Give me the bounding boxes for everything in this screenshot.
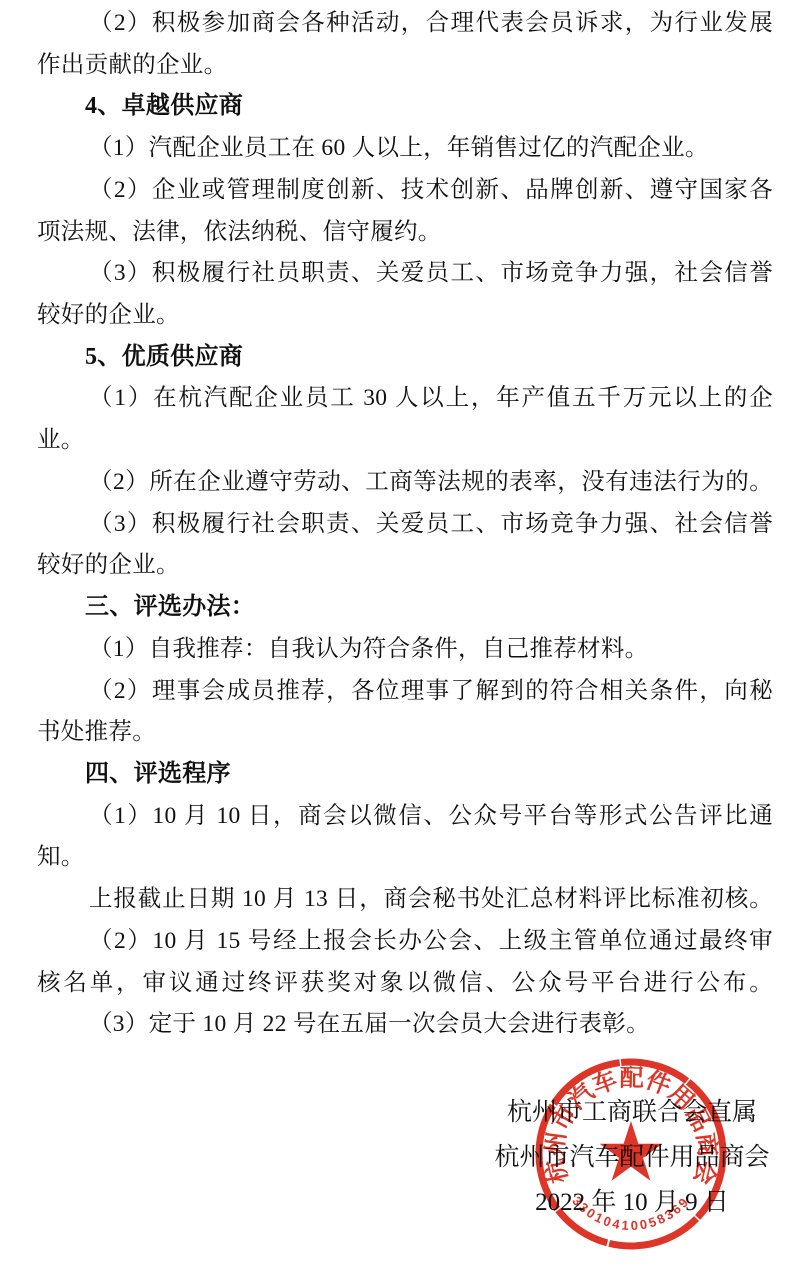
doc-line: （1）汽配企业员工在 60 人以上，年销售过亿的汽配企业。 [37,128,773,170]
seal-serial-number: 33010410058369 [569,1193,693,1233]
red-star-icon [600,1121,663,1181]
section-heading-4: 4、卓越供应商 [37,86,773,128]
doc-line: （2）10 月 15 号经上报会长办公会、上级主管单位通过最终审 [37,921,773,963]
doc-line: 书处推荐。 [37,712,773,754]
doc-line: 知。 [37,837,773,879]
doc-line: （1）自我推荐：自我认为符合条件，自己推荐材料。 [37,629,773,671]
doc-line: 核名单，审议通过终评获奖对象以微信、公众号平台进行公布。 [37,963,773,1005]
official-seal: 杭州市汽车配件用品商会 33010410058369 [531,1054,731,1254]
seal-graphic: 杭州市汽车配件用品商会 33010410058369 [531,1054,731,1254]
doc-line: 上报截止日期 10 月 13 日，商会秘书处汇总材料评比标准初核。 [37,879,773,921]
section-heading-5: 5、优质供应商 [37,337,773,379]
section-heading-methods: 三、评选办法： [37,587,773,629]
doc-line: （3）积极履行社员职责、关爱员工、市场竞争力强，社会信誉 [37,253,773,295]
doc-line: 作出贡献的企业。 [37,45,773,87]
doc-line: （3）积极履行社会职责、关爱员工、市场竞争力强、社会信誉 [37,504,773,546]
doc-line: （2）所在企业遵守劳动、工商等法规的表率，没有违法行为的。 [37,462,773,504]
doc-line: （2）积极参加商会各种活动，合理代表会员诉求，为行业发展 [37,3,773,45]
doc-line: （1）10 月 10 日，商会以微信、公众号平台等形式公告评比通 [37,796,773,838]
doc-line: 项法规、法律，依法纳税、信守履约。 [37,212,773,254]
doc-line: （2）理事会成员推荐，各位理事了解到的符合相关条件，向秘 [37,671,773,713]
doc-line: （2）企业或管理制度创新、技术创新、品牌创新、遵守国家各 [37,170,773,212]
doc-line: （3）定于 10 月 22 号在五届一次会员大会进行表彰。 [37,1004,773,1046]
doc-line: （1）在杭汽配企业员工 30 人以上，年产值五千万元以上的企 [37,378,773,420]
document-page: （2）积极参加商会各种活动，合理代表会员诉求，为行业发展 作出贡献的企业。 4、… [0,0,800,1278]
section-heading-procedure: 四、评选程序 [37,754,773,796]
doc-line: 较好的企业。 [37,295,773,337]
document-body: （2）积极参加商会各种活动，合理代表会员诉求，为行业发展 作出贡献的企业。 4、… [37,3,773,1046]
doc-line: 较好的企业。 [37,545,773,587]
doc-line: 业。 [37,420,773,462]
